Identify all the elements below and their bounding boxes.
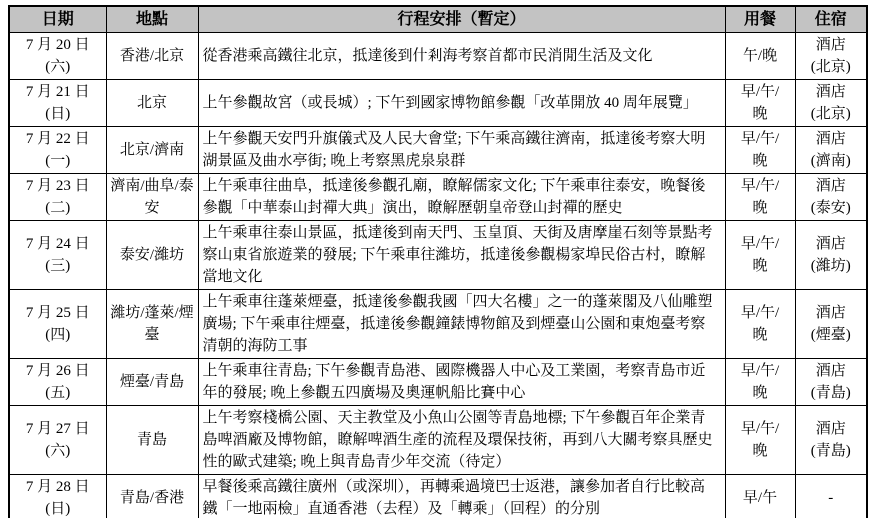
itinerary-text: 上午乘車往曲阜，抵達後參觀孔廟，瞭解儒家文化; 下午乘車往泰安，晚餐後參觀「中華… [203, 178, 706, 216]
location-text: 泰安/濰坊 [120, 247, 184, 263]
accommodation-text: 酒店 (煙臺) [811, 305, 851, 343]
date-cell: 7 月 21 日 (日) [9, 80, 106, 127]
date-cell: 7 月 25 日 (四) [9, 290, 106, 359]
meals-text: 早/午 [743, 487, 777, 509]
accommodation-cell: 酒店 (青島) [795, 406, 867, 475]
date-text: 7 月 20 日 (六) [26, 37, 90, 75]
location-cell: 濟南/曲阜/泰安 [106, 174, 198, 221]
itinerary-text: 從香港乘高鐵往北京，抵達後到什剎海考察首都市民消閒生活及文化 [203, 48, 653, 64]
location-cell: 青島/香港 [106, 475, 198, 518]
date-cell: 7 月 26 日 (五) [9, 359, 106, 406]
meals-cell: 早/午/晚 [725, 127, 795, 174]
meals-text: 早/午/晚 [734, 302, 786, 346]
date-text: 7 月 23 日 (二) [26, 178, 90, 216]
header-cell-meals: 用餐 [725, 6, 795, 33]
date-cell: 7 月 20 日 (六) [9, 33, 106, 80]
table-header-row: 日期 地點 行程安排（暫定） 用餐 住宿 [9, 6, 867, 33]
table-row: 7 月 28 日 (日) 青島/香港 早餐後乘高鐵往廣州（或深圳），再轉乘過境巴… [9, 475, 867, 518]
location-text: 濟南/曲阜/泰安 [110, 178, 193, 216]
meals-cell: 午/晚 [725, 33, 795, 80]
header-cell-location: 地點 [106, 6, 198, 33]
date-text: 7 月 22 日 (一) [26, 131, 90, 169]
date-text: 7 月 21 日 (日) [26, 84, 90, 122]
location-text: 青島 [137, 432, 167, 448]
accommodation-text: 酒店 (濟南) [811, 131, 851, 169]
accommodation-text: 酒店 (青島) [811, 363, 851, 401]
location-text: 北京/濟南 [120, 142, 184, 158]
date-cell: 7 月 24 日 (三) [9, 221, 106, 290]
accommodation-cell: 酒店 (泰安) [795, 174, 867, 221]
meals-text: 午/晚 [743, 45, 777, 67]
meals-text: 早/午/晚 [734, 128, 786, 172]
itinerary-cell: 上午參觀故宮（或長城）; 下午到國家博物館參觀「改革開放 40 周年展覽」 [198, 80, 725, 127]
accommodation-cell: 酒店 (濰坊) [795, 221, 867, 290]
date-text: 7 月 24 日 (三) [26, 236, 90, 274]
accommodation-text: 酒店 (青島) [811, 421, 851, 459]
itinerary-cell: 上午乘車往蓬萊煙臺，抵達後參觀我國「四大名樓」之一的蓬萊閣及八仙雕塑廣場; 下午… [198, 290, 725, 359]
accommodation-cell: 酒店 (青島) [795, 359, 867, 406]
itinerary-text: 上午考察棧橋公園、天主教堂及小魚山公園等青島地標; 下午參觀百年企業青島啤酒廠及… [203, 410, 713, 470]
location-cell: 煙臺/青島 [106, 359, 198, 406]
date-cell: 7 月 22 日 (一) [9, 127, 106, 174]
table-row: 7 月 24 日 (三) 泰安/濰坊 上午乘車往泰山景區，抵達後到南天門、玉皇頂… [9, 221, 867, 290]
itinerary-text: 上午乘車往青島; 下午參觀青島港、國際機器人中心及工業園，考察青島市近年的發展;… [203, 363, 706, 401]
accommodation-text: - [828, 490, 833, 506]
accommodation-cell: - [795, 475, 867, 518]
location-text: 濰坊/蓬萊/煙臺 [110, 305, 193, 343]
accommodation-text: 酒店 (北京) [811, 37, 851, 75]
date-text: 7 月 27 日 (六) [26, 421, 90, 459]
meals-text: 早/午/晚 [734, 175, 786, 219]
location-text: 香港/北京 [120, 48, 184, 64]
document-page: 日期 地點 行程安排（暫定） 用餐 住宿 7 月 20 日 (六) 香港/北京 … [0, 0, 873, 518]
meals-cell: 早/午/晚 [725, 290, 795, 359]
table-row: 7 月 21 日 (日) 北京 上午參觀故宮（或長城）; 下午到國家博物館參觀「… [9, 80, 867, 127]
table-row: 7 月 22 日 (一) 北京/濟南 上午參觀天安門升旗儀式及人民大會堂; 下午… [9, 127, 867, 174]
location-cell: 青島 [106, 406, 198, 475]
accommodation-cell: 酒店 (北京) [795, 80, 867, 127]
table-row: 7 月 25 日 (四) 濰坊/蓬萊/煙臺 上午乘車往蓬萊煙臺，抵達後參觀我國「… [9, 290, 867, 359]
itinerary-text: 早餐後乘高鐵往廣州（或深圳），再轉乘過境巴士返港，讓參加者自行比較高鐵「一地兩檢… [203, 479, 706, 517]
meals-cell: 早/午/晚 [725, 80, 795, 127]
date-cell: 7 月 23 日 (二) [9, 174, 106, 221]
accommodation-text: 酒店 (濰坊) [811, 236, 851, 274]
date-text: 7 月 26 日 (五) [26, 363, 90, 401]
accommodation-cell: 酒店 (煙臺) [795, 290, 867, 359]
table-row: 7 月 27 日 (六) 青島 上午考察棧橋公園、天主教堂及小魚山公園等青島地標… [9, 406, 867, 475]
meals-cell: 早/午 [725, 475, 795, 518]
itinerary-cell: 上午考察棧橋公園、天主教堂及小魚山公園等青島地標; 下午參觀百年企業青島啤酒廠及… [198, 406, 725, 475]
date-text: 7 月 28 日 (日) [26, 479, 90, 517]
itinerary-cell: 上午乘車往泰山景區，抵達後到南天門、玉皇頂、天街及唐摩崖石刻等景點考察山東省旅遊… [198, 221, 725, 290]
table-body: 7 月 20 日 (六) 香港/北京 從香港乘高鐵往北京，抵達後到什剎海考察首都… [9, 33, 867, 518]
meals-cell: 早/午/晚 [725, 174, 795, 221]
location-text: 北京 [137, 95, 167, 111]
accommodation-cell: 酒店 (北京) [795, 33, 867, 80]
location-cell: 香港/北京 [106, 33, 198, 80]
header-cell-date: 日期 [9, 6, 106, 33]
table-row: 7 月 20 日 (六) 香港/北京 從香港乘高鐵往北京，抵達後到什剎海考察首都… [9, 33, 867, 80]
itinerary-cell: 上午乘車往曲阜，抵達後參觀孔廟，瞭解儒家文化; 下午乘車往泰安，晚餐後參觀「中華… [198, 174, 725, 221]
accommodation-text: 酒店 (北京) [811, 84, 851, 122]
itinerary-text: 上午乘車往蓬萊煙臺，抵達後參觀我國「四大名樓」之一的蓬萊閣及八仙雕塑廣場; 下午… [203, 294, 713, 354]
table-row: 7 月 23 日 (二) 濟南/曲阜/泰安 上午乘車往曲阜，抵達後參觀孔廟，瞭解… [9, 174, 867, 221]
meals-cell: 早/午/晚 [725, 359, 795, 406]
meals-cell: 早/午/晚 [725, 406, 795, 475]
itinerary-cell: 上午參觀天安門升旗儀式及人民大會堂; 下午乘高鐵往濟南，抵達後考察大明湖景區及曲… [198, 127, 725, 174]
meals-cell: 早/午/晚 [725, 221, 795, 290]
accommodation-cell: 酒店 (濟南) [795, 127, 867, 174]
itinerary-text: 上午參觀天安門升旗儀式及人民大會堂; 下午乘高鐵往濟南，抵達後考察大明湖景區及曲… [203, 131, 706, 169]
date-text: 7 月 25 日 (四) [26, 305, 90, 343]
itinerary-table: 日期 地點 行程安排（暫定） 用餐 住宿 7 月 20 日 (六) 香港/北京 … [8, 5, 868, 518]
itinerary-cell: 早餐後乘高鐵往廣州（或深圳），再轉乘過境巴士返港，讓參加者自行比較高鐵「一地兩檢… [198, 475, 725, 518]
meals-text: 早/午/晚 [734, 418, 786, 462]
header-cell-itinerary: 行程安排（暫定） [198, 6, 725, 33]
location-cell: 泰安/濰坊 [106, 221, 198, 290]
date-cell: 7 月 28 日 (日) [9, 475, 106, 518]
location-text: 青島/香港 [120, 490, 184, 506]
itinerary-cell: 從香港乘高鐵往北京，抵達後到什剎海考察首都市民消閒生活及文化 [198, 33, 725, 80]
location-cell: 北京/濟南 [106, 127, 198, 174]
meals-text: 早/午/晚 [734, 81, 786, 125]
location-text: 煙臺/青島 [120, 374, 184, 390]
itinerary-text: 上午乘車往泰山景區，抵達後到南天門、玉皇頂、天街及唐摩崖石刻等景點考察山東省旅遊… [203, 225, 713, 285]
date-cell: 7 月 27 日 (六) [9, 406, 106, 475]
location-cell: 濰坊/蓬萊/煙臺 [106, 290, 198, 359]
location-cell: 北京 [106, 80, 198, 127]
meals-text: 早/午/晚 [734, 360, 786, 404]
itinerary-cell: 上午乘車往青島; 下午參觀青島港、國際機器人中心及工業園，考察青島市近年的發展;… [198, 359, 725, 406]
header-cell-accommodation: 住宿 [795, 6, 867, 33]
table-row: 7 月 26 日 (五) 煙臺/青島 上午乘車往青島; 下午參觀青島港、國際機器… [9, 359, 867, 406]
accommodation-text: 酒店 (泰安) [811, 178, 851, 216]
itinerary-text: 上午參觀故宮（或長城）; 下午到國家博物館參觀「改革開放 40 周年展覽」 [203, 95, 698, 111]
meals-text: 早/午/晚 [734, 233, 786, 277]
